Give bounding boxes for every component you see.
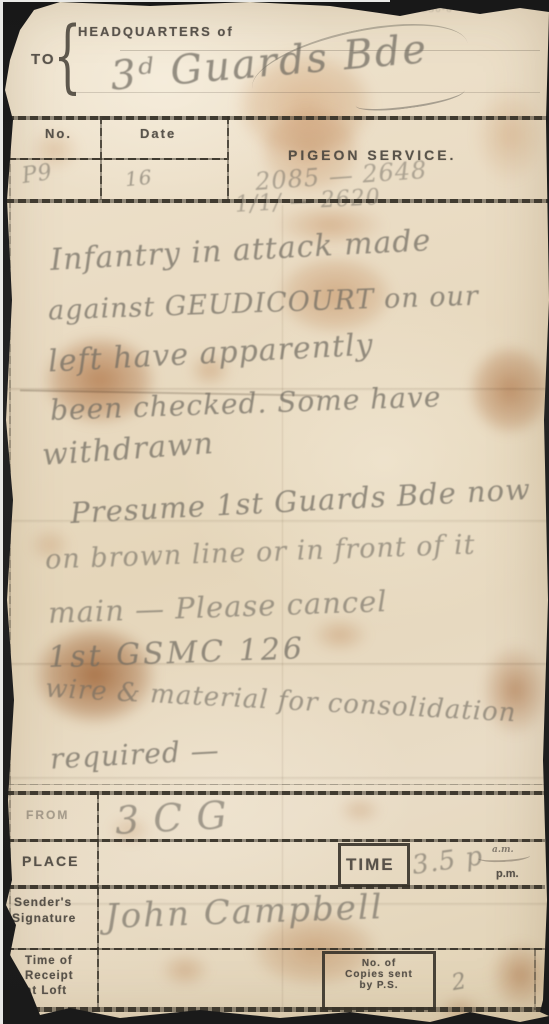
no-value-handwriting: P9 (20, 160, 54, 189)
sender-label-line1: Sender's (14, 895, 72, 909)
from-value-handwriting: 3 C G (114, 793, 229, 843)
receipt-label-line1: Time of (25, 955, 73, 967)
scan-edge-left (0, 0, 3, 1024)
scan-edge-top (0, 0, 390, 2)
rule (6, 116, 549, 120)
rule (6, 784, 545, 785)
rule (6, 839, 545, 842)
stain (15, 610, 175, 740)
brace-glyph: { (53, 16, 81, 96)
rule (6, 199, 549, 203)
pigeon-service-form: 2830-6 HEADQUARTERS of TO { 3ᵈ Guards Bd… (0, 0, 549, 1024)
copies-label-line2: Copies sent (325, 969, 433, 980)
table-divider (227, 116, 229, 200)
stain (330, 790, 390, 830)
form-left-border (9, 116, 11, 1010)
rule (6, 948, 545, 950)
headquarters-label: HEADQUARTERS of (78, 24, 234, 39)
copies-box: No. of Copies sent by P.S. (322, 951, 436, 1010)
crease (0, 777, 549, 780)
place-label: PLACE (22, 853, 79, 869)
stain (150, 945, 220, 995)
to-label: TO (31, 51, 56, 68)
pm-label: p.m. (496, 868, 519, 880)
copies-value-handwriting: 2 (450, 969, 469, 996)
message-line: required — (49, 734, 220, 776)
stain (470, 630, 549, 750)
receipt-label-line2: Receipt (25, 970, 74, 982)
receipt-label-line3: at Loft (25, 985, 67, 997)
no-label: No. (45, 126, 72, 141)
rule (8, 1007, 543, 1012)
scanned-document: 2830-6 HEADQUARTERS of TO { 3ᵈ Guards Bd… (0, 0, 549, 1024)
from-label: FROM (26, 808, 69, 822)
time-value-handwriting: 3.5 p (410, 841, 485, 881)
corner-print-mark: 2830-6 (415, 5, 453, 15)
stain (460, 70, 549, 200)
copies-label-line1: No. of (325, 958, 433, 969)
sender-label-line2: Signature (12, 911, 76, 925)
rule (6, 791, 545, 795)
table-divider (8, 158, 227, 160)
rule (6, 885, 545, 889)
date-label: Date (140, 126, 176, 141)
am-strike (478, 851, 530, 864)
message-line: on brown line or in front of it (45, 529, 476, 575)
footer-divider (97, 791, 99, 1010)
time-box: TIME (338, 843, 410, 887)
footer-right-border (534, 948, 536, 1010)
date-value-handwriting: 16 (124, 165, 153, 191)
copies-label-line3: by P.S. (325, 980, 433, 991)
time-label: TIME (346, 855, 395, 875)
